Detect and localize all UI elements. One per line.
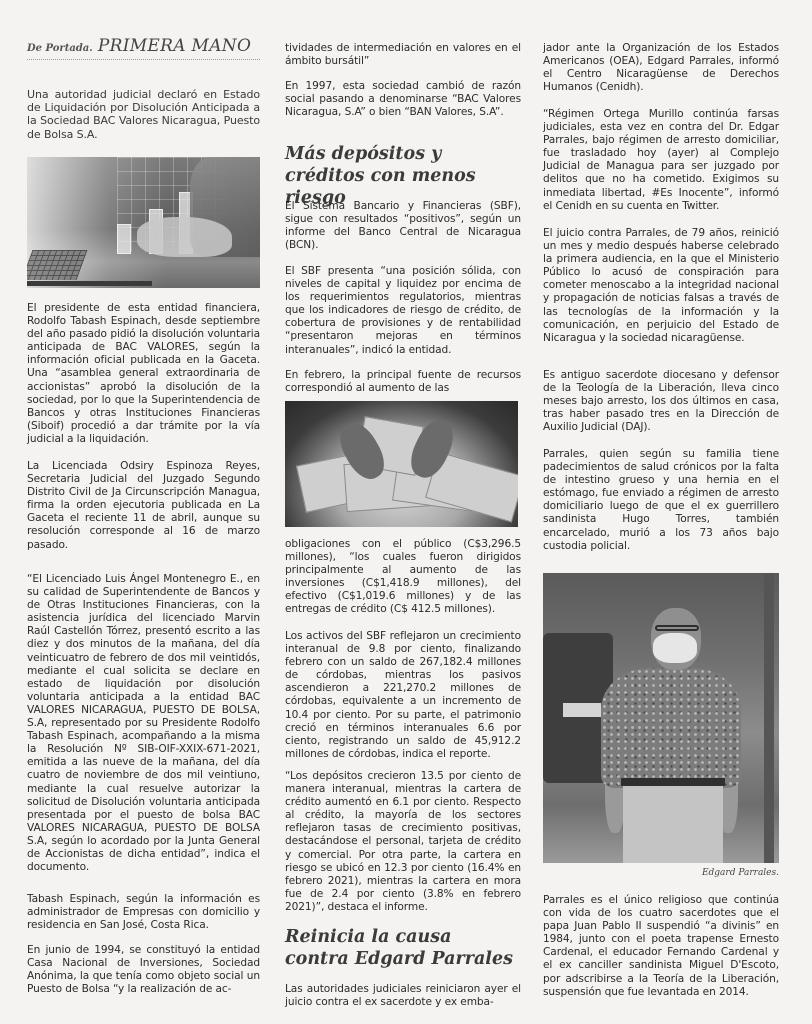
- face-mask-graphic: [653, 633, 697, 663]
- license-plate-graphic: [563, 703, 601, 717]
- paragraph: Los activos del SBF reflejaron un crecim…: [285, 630, 521, 761]
- paragraph: En junio de 1994, se constituyó la entid…: [27, 944, 260, 996]
- glasses-graphic: [655, 625, 699, 631]
- paragraph: Las autoridades judiciales reiniciaron a…: [285, 983, 521, 1009]
- section-header: De Portada. PRIMERA MANO: [27, 36, 260, 60]
- trousers-graphic: [623, 783, 723, 863]
- photo-caption: Edgard Parrales.: [702, 868, 779, 878]
- paragraph: “Régimen Ortega Murillo continúa farsas …: [543, 108, 779, 213]
- paragraph: En 1997, esta sociedad cambió de razón s…: [285, 80, 521, 119]
- section-kicker: De Portada.: [27, 43, 93, 54]
- paragraph: obligaciones con el público (C$3,296.5 m…: [285, 538, 521, 617]
- post-graphic: [764, 573, 774, 863]
- paragraph: Tabash Espinach, según la información es…: [27, 893, 260, 932]
- paragraph: “Los depósitos crecieron 13.5 por ciento…: [285, 770, 521, 914]
- paragraph: El juicio contra Parrales, de 79 años, r…: [543, 227, 779, 345]
- edgard-parrales-photo: [543, 573, 779, 863]
- belt-graphic: [621, 778, 725, 786]
- banknotes-photo: [285, 401, 518, 527]
- chart-bar: [117, 224, 131, 254]
- paragraph: El Sistema Bancario y Financieras (SBF),…: [285, 200, 521, 252]
- waveform-graphic: [27, 281, 152, 286]
- paragraph: El SBF presenta “una posición sólida, co…: [285, 265, 521, 357]
- paragraph: La Licenciada Odsiry Espinoza Reyes, Sec…: [27, 460, 260, 552]
- section-title: PRIMERA MANO: [98, 36, 251, 56]
- patterned-shirt-graphic: [601, 668, 741, 788]
- paragraph: Es antiguo sacerdote diocesano y defenso…: [543, 369, 779, 434]
- paragraph: “El Licenciado Luis Ángel Montenegro E.,…: [27, 573, 260, 874]
- hand-graphic: [137, 217, 232, 257]
- paragraph: Parrales, quien según su familia tiene p…: [543, 448, 779, 553]
- paragraph: Parrales es el único religioso que conti…: [543, 894, 779, 999]
- subheading: Reinicia la causa contra Edgard Parrales: [285, 926, 521, 970]
- paragraph: jador ante la Organización de los Estado…: [543, 42, 779, 94]
- article-lead: Una autoridad judicial declaró en Estado…: [27, 88, 260, 141]
- paragraph: En febrero, la principal fuente de recur…: [285, 369, 521, 395]
- paragraph: El presidente de esta entidad financiera…: [27, 302, 260, 446]
- paragraph: tividades de intermediación en valores e…: [285, 42, 521, 68]
- keyboard-graphic: [27, 250, 87, 280]
- finance-chart-photo: [27, 157, 260, 288]
